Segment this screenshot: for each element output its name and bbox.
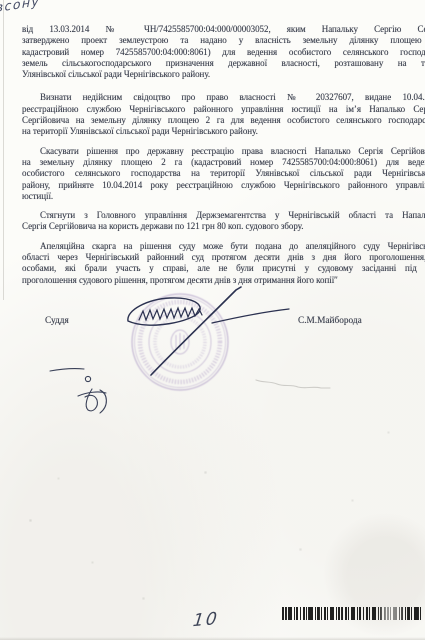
text-line: кадастровий номер 7425585700:04:000:8061… [22,47,425,58]
paragraph: Визнати недійсним свідоцтво про право вл… [22,92,425,137]
text-line: Улянівської сільської ради Чернігівськог… [22,69,425,80]
judge-name: С.М.Майборода [298,316,362,326]
handwritten-margin-marks [50,369,106,413]
pencil-squiggle [256,380,330,388]
stamp-center-emblem [171,330,189,354]
scanned-court-decision-page: всону від 13.03.2014 № ЧН/7425585700:04:… [0,0,425,640]
text-line: Сергійовича на земельну ділянку площею 2… [22,115,425,126]
text-line: Сергія Сергійовича на користь держави по… [22,221,425,232]
text-line: від 13.03.2014 № ЧН/7425585700:04:000/00… [22,24,425,35]
text-line: на земельну ділянку площею 2 га (кадастр… [22,157,425,168]
text-line: Стягнути з Головного управління Держзема… [22,210,425,221]
text-line: особами, які брали участь у справі, але … [22,263,425,274]
text-line: затверджено проект землеустрою та надано… [22,35,425,46]
paragraph: від 13.03.2014 № ЧН/7425585700:04:000/00… [22,24,425,80]
document-body: від 13.03.2014 № ЧН/7425585700:04:000/00… [22,24,425,286]
text-line: реєстраційною службою Чернігівського рай… [22,104,425,115]
text-line: особистого селянського господарства на т… [22,168,425,179]
handwriting-top-left: всону [0,0,40,15]
text-line: району, прийняте 10.04.2014 року реєстра… [22,180,425,191]
official-stamp-seal [132,294,228,390]
paragraph: Апеляційна скарга на рішення суду може б… [22,241,425,286]
page-number: 10 [192,609,220,632]
paragraph: Стягнути з Головного управління Держзема… [22,210,425,233]
handwritten-letter-o [85,376,90,381]
signature-ink [128,287,289,375]
text-line: юстиції. [22,191,425,202]
text-line: на території Улянівської сільської ради … [22,126,425,137]
signature-role-label: Суддя [45,316,69,326]
paragraph: Скасувати рішення про державну реєстраці… [22,146,425,202]
scan-edge-line [3,0,4,300]
barcode [282,607,422,620]
text-line: проголошення судового рішення, протягом … [22,275,425,286]
handwritten-dash [50,369,84,371]
text-line: земель сільськогосподарського призначенн… [22,58,425,69]
handwritten-initials [78,389,106,413]
text-line: області через Чернігівський районний суд… [22,252,425,263]
text-line: Визнати недійсним свідоцтво про право вл… [22,92,425,103]
text-line: Скасувати рішення про державну реєстраці… [22,146,425,157]
text-line: Апеляційна скарга на рішення суду може б… [22,241,425,252]
